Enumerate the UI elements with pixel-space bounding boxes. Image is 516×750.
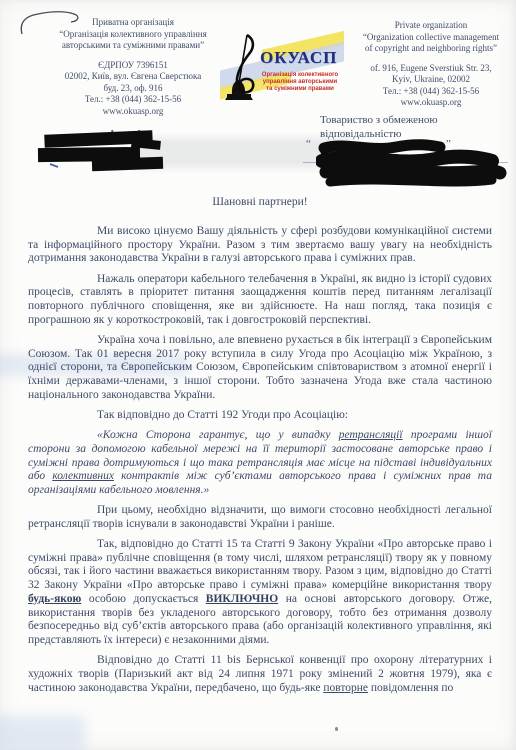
text-line: та суміжними правами — [254, 86, 344, 93]
text-run: Ми високо цінуємо Вашу діяльність у сфер… — [28, 225, 492, 264]
letter-paragraphs: Ми високо цінуємо Вашу діяльність у сфер… — [28, 225, 492, 695]
scan-corner-shade — [0, 716, 85, 750]
text-run: особою допускається — [81, 593, 205, 605]
quote-open: “ — [306, 138, 311, 150]
letter-paragraph: Україна хоча і повільно, але впевнено ру… — [28, 334, 492, 403]
text-line: Організація колективного — [254, 72, 344, 79]
text-run: При цьому, необхідно відзначити, що вимо… — [28, 504, 492, 530]
text-run: ВИКЛЮЧНО — [206, 593, 278, 605]
text-line: Тел.: +38 (044) 362-15-56 — [38, 94, 228, 106]
text-run: Так, відповідно до Статті 15 та Статті 9… — [28, 538, 492, 591]
scanned-letter-page: Приватна організація“Організація колекти… — [0, 0, 516, 750]
text-run: Так відповідно до Статті 192 Угоди про А… — [97, 409, 348, 421]
letterhead-left: Приватна організація“Організація колекти… — [38, 17, 228, 117]
redacted-reference-block — [36, 126, 166, 178]
text-line: of copyright and neighboring rights” — [352, 43, 510, 55]
text-run: повторне — [323, 682, 368, 694]
text-line: буд. 23, оф. 916 — [38, 83, 228, 95]
letterhead-right-contact: of. 916, Eugene Sverstiuk Str. 23,Kyiv, … — [352, 63, 510, 109]
text-line: управління авторськими — [254, 79, 344, 86]
text-run: Україна хоча і повільно, але впевнено ру… — [28, 334, 492, 401]
text-line: www.okuasp.org — [352, 97, 510, 109]
text-line: Приватна організація — [38, 17, 228, 29]
text-run: колективних — [52, 470, 114, 482]
logo-acronym: ОКУАСП — [260, 48, 337, 68]
letter-paragraph: Відповідно до Статті 11 bis Бернської ко… — [28, 654, 492, 695]
text-run: будь-якою — [28, 593, 81, 605]
text-line: Тел.: +38 (044) 362-15-56 — [352, 86, 510, 98]
text-run: повідомлення по — [368, 682, 453, 694]
addressee-company: Товариство з обмеженоювідповідальністю — [320, 114, 438, 141]
text-line: “Organization collective management — [352, 32, 510, 44]
logo-tagline: Організація колективногоуправління автор… — [254, 72, 344, 92]
text-line: 02002, Київ, вул. Євгена Сверстюка — [38, 71, 228, 83]
letter-paragraph: Нажаль оператори кабельного телебачення … — [28, 273, 492, 328]
text-line: ЄДРПОУ 7396151 — [38, 60, 228, 72]
letter-paragraph: Ми високо цінуємо Вашу діяльність у сфер… — [28, 225, 492, 266]
letter-paragraph: Так, відповідно до Статті 15 та Статті 9… — [28, 538, 492, 648]
letter-body: Шановні партнери! Ми високо цінуємо Вашу… — [28, 196, 492, 702]
text-run: ретрансляції — [339, 429, 403, 441]
text-run: Нажаль оператори кабельного телебачення … — [28, 273, 492, 326]
okuasp-logo: ОКУАСП Організація колективногоуправлінн… — [220, 31, 344, 103]
text-line: of. 916, Eugene Sverstiuk Str. 23, — [352, 63, 510, 75]
greeting: Шановні партнери! — [28, 196, 492, 208]
text-line: “Організація колективного управління — [38, 29, 228, 41]
spacer — [352, 55, 510, 63]
letterhead-right: Private organization“Organization collec… — [352, 20, 510, 109]
text-line: авторськими та суміжними правами” — [38, 40, 228, 52]
letterhead-left-contact: ЄДРПОУ 739615102002, Київ, вул. Євгена С… — [38, 60, 228, 118]
text-run: «Кожна Сторона гарантує, що у випадку — [97, 429, 339, 441]
scan-speck — [335, 727, 338, 731]
text-line: www.okuasp.org — [38, 106, 228, 118]
redacted-company-name — [316, 138, 511, 190]
spacer — [38, 52, 228, 60]
letterhead-right-org: Private organization“Organization collec… — [352, 20, 510, 55]
letterhead-left-org: Приватна організація“Організація колекти… — [38, 17, 228, 52]
text-line: Private organization — [352, 20, 510, 32]
text-line: Kyiv, Ukraine, 02002 — [352, 74, 510, 86]
text-line: Товариство з обмеженою — [320, 114, 438, 128]
letter-paragraph: «Кожна Сторона гарантує, що у випадку ре… — [28, 429, 492, 498]
letter-paragraph: При цьому, необхідно відзначити, що вимо… — [28, 504, 492, 531]
letter-paragraph: Так відповідно до Статті 192 Угоди про А… — [28, 409, 492, 423]
